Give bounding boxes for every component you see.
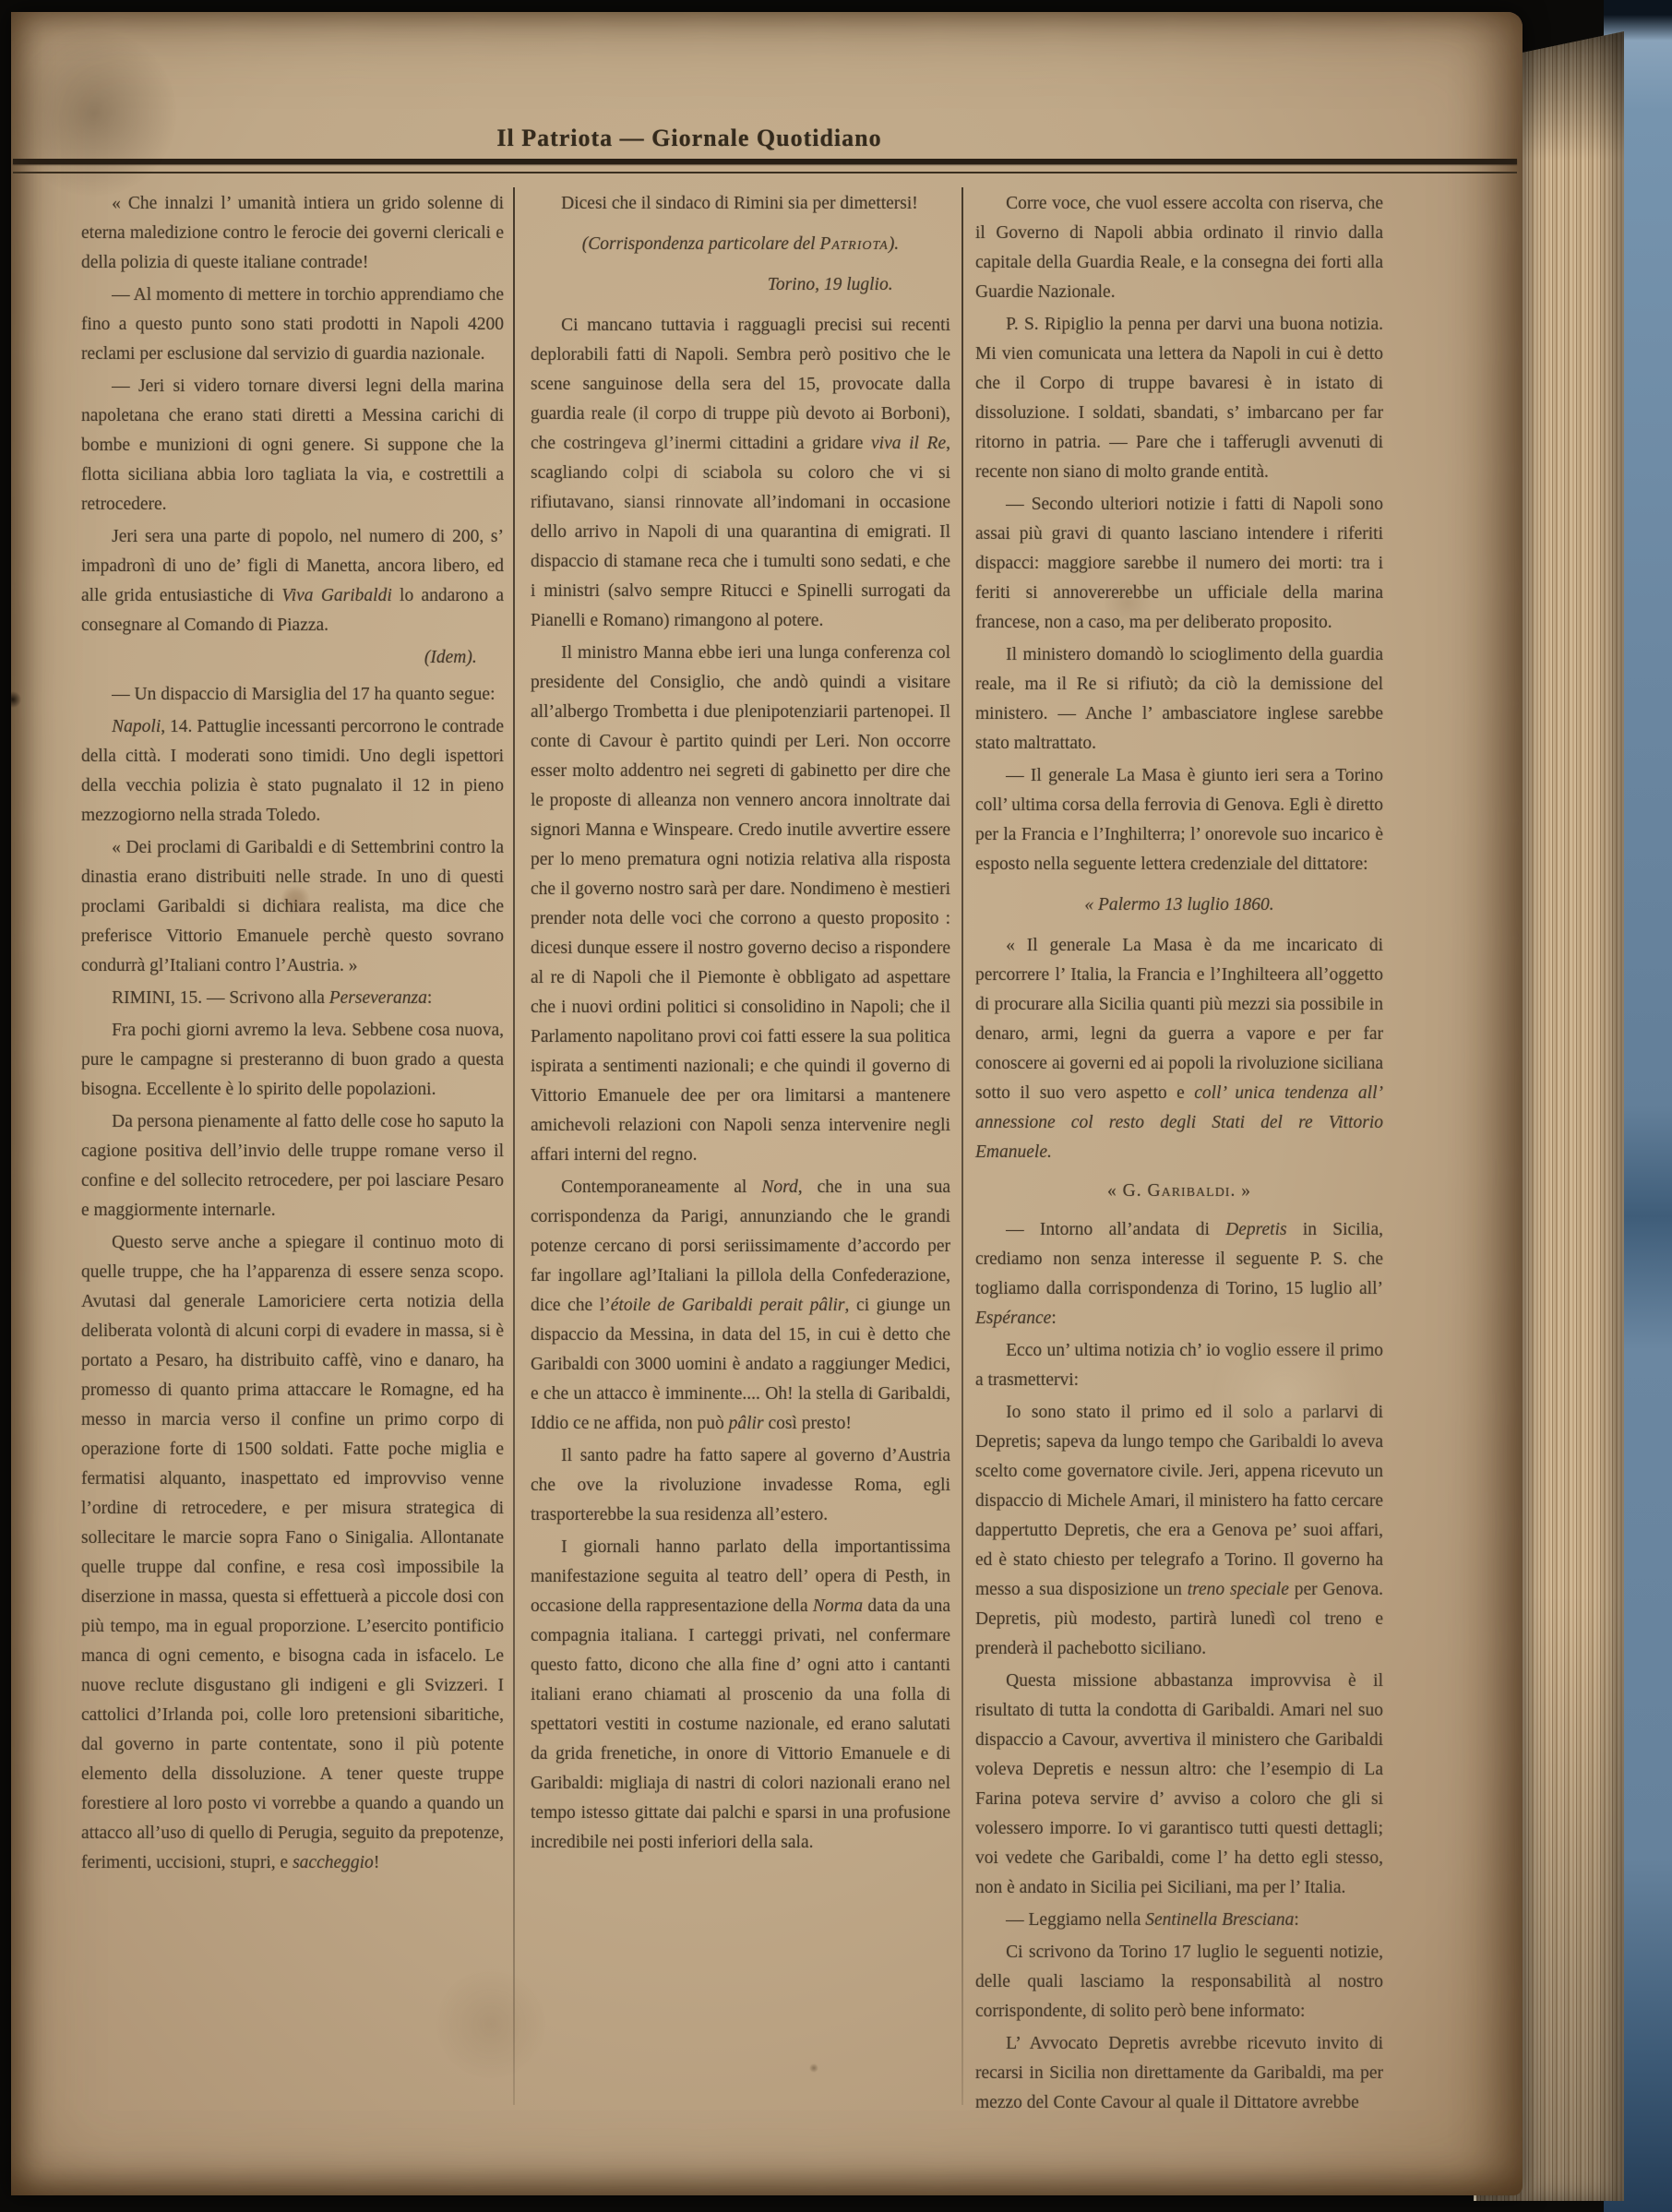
paragraph: « Dei proclami di Garibaldi e di Settemb… (81, 833, 504, 981)
text-run: Io sono stato il primo ed il solo a parl… (975, 1403, 1383, 1599)
italic-text: saccheggio (293, 1853, 374, 1872)
newspaper-column-1: « Che innalzi l’ umanità intiera un grid… (81, 189, 504, 1881)
paragraph: « Che innalzi l’ umanità intiera un grid… (81, 189, 504, 278)
text-run: RIMINI, 15. — Scrivono alla (112, 988, 329, 1008)
text-run: (Corrispondenza particolare del (582, 234, 820, 254)
text-run: Contemporaneamente al (561, 1178, 761, 1197)
italic-text: Napoli (112, 717, 161, 736)
text-run: Da persona pienamente al fatto delle cos… (81, 1112, 504, 1220)
text-run: Fra pochi giorni avremo la leva. Sebbene… (81, 1021, 504, 1099)
text-run: — Intorno all’andata di (1006, 1220, 1225, 1239)
text-run: L’ Avvocato Depretis avrebbe ricevuto in… (975, 2034, 1383, 2112)
italic-text: Norma (813, 1596, 863, 1616)
scanned-newspaper-page: Il Patriota — Giornale Quotidiano « Che … (11, 12, 1523, 2195)
text-run: , che in una sua corrispondenza da Parig… (531, 1178, 950, 1315)
column-divider-1 (513, 187, 515, 2105)
text-run: . » (1230, 1181, 1251, 1201)
text-run: « Dei proclami di Garibaldi e di Settemb… (81, 838, 504, 975)
paragraph: — Un dispaccio di Marsiglia del 17 ha qu… (81, 680, 504, 710)
paragraph: « Palermo 13 luglio 1860. (975, 891, 1383, 920)
text-run: « Palermo 13 luglio 1860. (1084, 895, 1273, 915)
paragraph: (Idem). (81, 643, 504, 673)
text-run: data da una compagnia italiana. I carteg… (531, 1596, 950, 1852)
paragraph: Il santo padre ha fatto sapere al govern… (531, 1441, 950, 1530)
paragraph: Ci mancano tuttavia i ragguagli precisi … (531, 311, 950, 636)
italic-text: Sentinella Bresciana (1145, 1910, 1294, 1930)
text-run: : (1051, 1309, 1056, 1328)
paragraph: Io sono stato il primo ed il solo a parl… (975, 1398, 1383, 1664)
text-run: Il ministro Manna ebbe ieri una lunga co… (531, 643, 950, 1165)
masthead-rule-thin (13, 172, 1517, 173)
paragraph: RIMINI, 15. — Scrivono alla Perseveranza… (81, 984, 504, 1013)
text-run: — Secondo ulteriori notizie i fatti di N… (975, 495, 1383, 632)
text-run: — Il generale La Masa è giunto ieri sera… (975, 766, 1383, 874)
paragraph: — Il generale La Masa è giunto ieri sera… (975, 761, 1383, 879)
text-run: — Al momento di mettere in torchio appre… (81, 285, 504, 364)
paragraph: Da persona pienamente al fatto delle cos… (81, 1107, 504, 1226)
text-run: ). (889, 234, 899, 254)
text-run: Ci mancano tuttavia i ragguagli precisi … (531, 316, 950, 453)
text-run: Il santo padre ha fatto sapere al govern… (531, 1446, 950, 1524)
paragraph: — Leggiamo nella Sentinella Bresciana: (975, 1906, 1383, 1935)
paragraph: Contemporaneamente al Nord, che in una s… (531, 1173, 950, 1439)
paragraph: « G. Garibaldi. » (975, 1177, 1383, 1206)
paragraph: Torino, 19 luglio. (531, 270, 950, 300)
text-run: — Un dispaccio di Marsiglia del 17 ha qu… (112, 685, 495, 704)
text-run: , ci giunge un dispaccio da Messina, in … (531, 1296, 950, 1433)
italic-text: étoile de Garibaldi perait pâlir (611, 1296, 845, 1315)
italic-text: Viva Garibaldi (281, 586, 392, 605)
paragraph: Questo serve anche a spiegare il continu… (81, 1228, 504, 1878)
text-run: : (427, 988, 432, 1008)
paragraph: Dicesi che il sindaco di Rimini sia per … (531, 189, 950, 219)
paragraph: — Secondo ulteriori notizie i fatti di N… (975, 490, 1383, 638)
text-run: , scagliando colpi di sciabola su coloro… (531, 434, 950, 630)
italic-text: viva il Re (871, 434, 946, 453)
text-run: Ecco un’ ultima notizia ch’ io voglio es… (975, 1341, 1383, 1390)
italic-text: treno speciale (1188, 1580, 1289, 1599)
paragraph: Il ministro Manna ebbe ieri una lunga co… (531, 639, 950, 1170)
paragraph: Ci scrivono da Torino 17 luglio le segue… (975, 1938, 1383, 2027)
text-run: (Idem). (424, 648, 477, 667)
text-run: Patriota (819, 234, 888, 254)
paragraph: — Al momento di mettere in torchio appre… (81, 281, 504, 369)
italic-text: Perseveranza (329, 988, 427, 1008)
text-run: Corre voce, che vuol essere accolta con … (975, 194, 1383, 302)
text-run: ! (374, 1853, 380, 1872)
newspaper-column-3: Corre voce, che vuol essere accolta con … (975, 189, 1383, 2121)
paragraph: Fra pochi giorni avremo la leva. Sebbene… (81, 1016, 504, 1105)
text-run: Garibaldi (1148, 1181, 1231, 1201)
paragraph: Jeri sera una parte di popolo, nel numer… (81, 522, 504, 640)
paragraph: — Intorno all’andata di Depretis in Sici… (975, 1215, 1383, 1333)
text-run: P. S. Ripiglio la penna per darvi una bu… (975, 315, 1383, 482)
masthead-title: Il Patriota — Giornale Quotidiano (11, 125, 1367, 152)
paragraph: (Corrispondenza particolare del Patriota… (531, 230, 950, 259)
column-divider-2 (961, 187, 963, 2105)
paragraph: « Il generale La Masa è da me incaricato… (975, 931, 1383, 1167)
paragraph: Questa missione abbastanza improvvisa è … (975, 1667, 1383, 1903)
italic-text: Espérance (975, 1309, 1051, 1328)
masthead-rule-thick (13, 159, 1517, 164)
paragraph: Napoli, 14. Pattuglie incessanti percorr… (81, 712, 504, 831)
italic-text: Depretis (1225, 1220, 1286, 1239)
paragraph: — Jeri si videro tornare diversi legni d… (81, 372, 504, 520)
text-run: Questa missione abbastanza improvvisa è … (975, 1671, 1383, 1897)
text-run: « G. (1107, 1181, 1147, 1201)
text-run: Questo serve anche a spiegare il continu… (81, 1233, 504, 1872)
italic-text: Nord (761, 1178, 797, 1197)
text-run: — Leggiamo nella (1006, 1910, 1145, 1930)
text-run: Il ministero domandò lo scioglimento del… (975, 645, 1383, 753)
newspaper-column-2: Dicesi che il sindaco di Rimini sia per … (531, 189, 950, 1860)
paragraph: P. S. Ripiglio la penna per darvi una bu… (975, 310, 1383, 487)
paragraph: Corre voce, che vuol essere accolta con … (975, 189, 1383, 307)
text-run: « Che innalzi l’ umanità intiera un grid… (81, 194, 504, 272)
text-run: — Jeri si videro tornare diversi legni d… (81, 377, 504, 514)
text-run: Dicesi che il sindaco di Rimini sia per … (561, 194, 918, 213)
italic-text: pâlir (729, 1414, 764, 1433)
paragraph: Il ministero domandò lo scioglimento del… (975, 640, 1383, 759)
text-run: « Il generale La Masa è da me incaricato… (975, 936, 1383, 1103)
paragraph: I giornali hanno parlato della important… (531, 1533, 950, 1858)
text-run: Torino, 19 luglio. (768, 275, 893, 294)
text-run: così presto! (764, 1414, 852, 1433)
paragraph: Ecco un’ ultima notizia ch’ io voglio es… (975, 1336, 1383, 1395)
text-run: : (1294, 1910, 1298, 1930)
paragraph: L’ Avvocato Depretis avrebbe ricevuto in… (975, 2029, 1383, 2118)
text-run: Ci scrivono da Torino 17 luglio le segue… (975, 1943, 1383, 2021)
